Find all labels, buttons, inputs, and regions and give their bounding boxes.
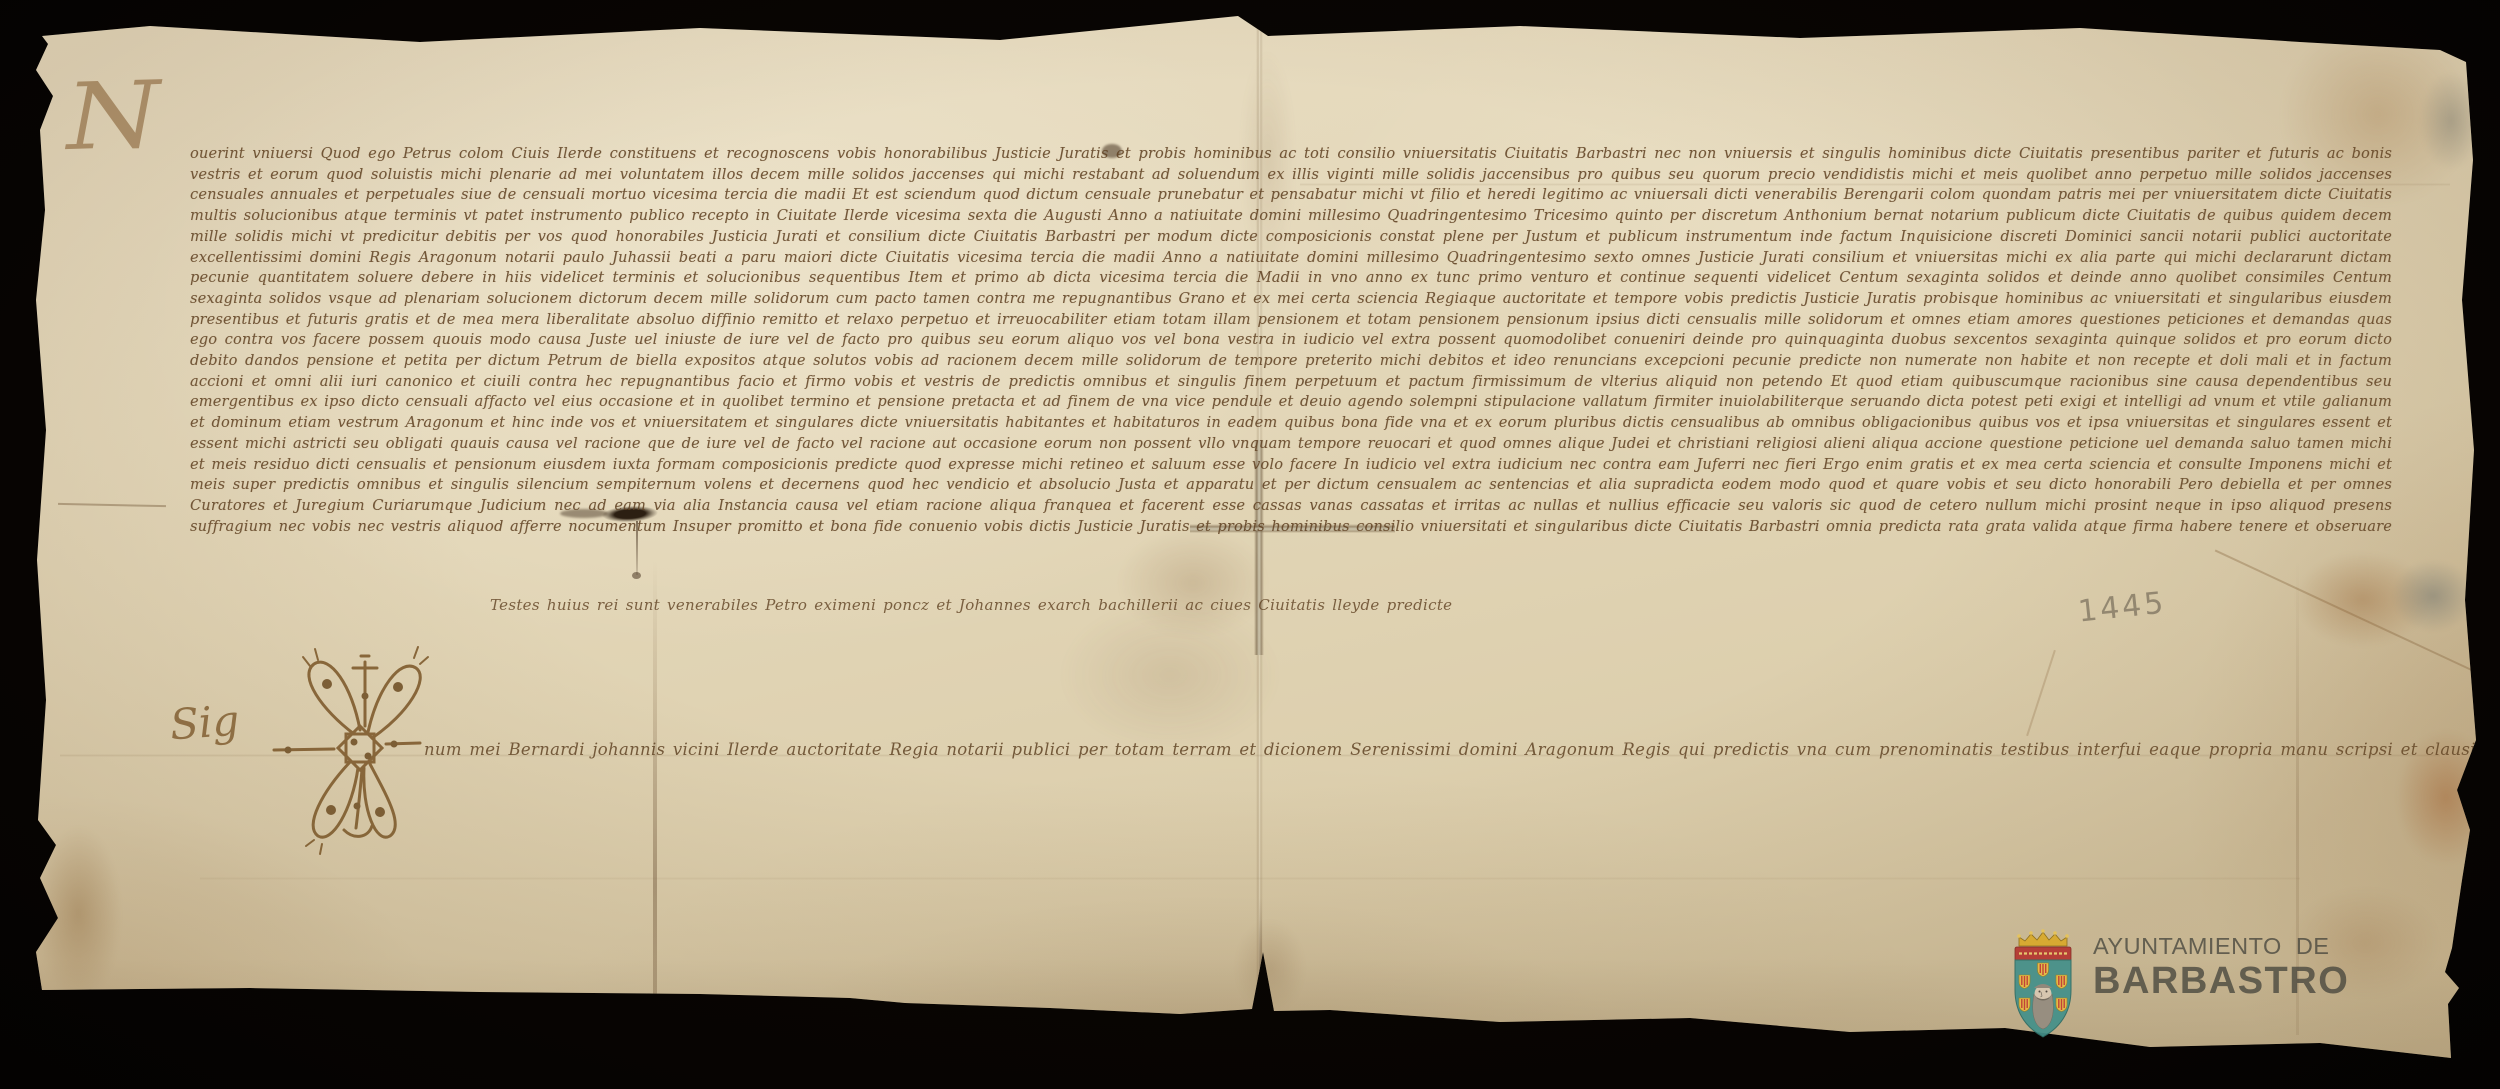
signum-sig-label: Sig [168, 696, 240, 750]
parchment-document: N ouerint vniuersi Quod ego Petrus colom… [0, 0, 2500, 1089]
signum-lashes-dl [306, 840, 322, 854]
signum-petal-lower-right [364, 764, 396, 837]
watermark-line2: BARBASTRO [2093, 960, 2349, 1004]
bearded-face-emblem [2033, 984, 2054, 1029]
watermark-logo: AYUNTAMIENTO DE BARBASTRO [2002, 928, 2349, 1040]
left-margin-mark [58, 503, 166, 507]
stain-right-edge [2295, 552, 2430, 647]
decorated-initial: N [64, 69, 163, 164]
diagonal-scratch [2215, 550, 2479, 674]
manuscript-body-text: ouerint vniuersi Quod ego Petrus colom C… [190, 144, 2392, 539]
witness-line-text: Testes huius rei sunt venerabiles Petro … [490, 596, 1452, 614]
signum-lashes-ur [414, 647, 428, 664]
stain-right-edge-gray [2392, 560, 2474, 632]
watermark-line1: AYUNTAMIENTO DE [2093, 934, 2349, 960]
photo-backdrop: N ouerint vniuersi Quod ego Petrus colom… [0, 0, 2500, 1089]
stain-center-soft [1060, 600, 1280, 750]
stain-left-edge [36, 826, 121, 1001]
left-quarter-fold-crease [653, 560, 657, 995]
watermark-text-block: AYUNTAMIENTO DE BARBASTRO [2093, 934, 2349, 1004]
archival-number-pencil: 1445 [2076, 585, 2168, 629]
stain-top-right-gray [2420, 72, 2482, 170]
stain-fold-bottom [1235, 920, 1305, 1015]
signum-foot [344, 826, 372, 836]
ink-blot-pool [632, 572, 641, 579]
signum-left-line [274, 749, 334, 750]
signum-petal-lower-left [313, 762, 358, 837]
horizontal-crease-bottom [200, 877, 2300, 880]
notary-subscription-text: num mei Bernardi johannis vicini Ilerde … [424, 740, 2497, 759]
barbastro-coat-of-arms-icon [2002, 928, 2084, 1040]
diagonal-scratch-small [2026, 650, 2056, 736]
signum-petal-upper-right [368, 666, 420, 738]
bottom-fold-crack [1259, 898, 1262, 1006]
signum-petal-upper-left [309, 662, 360, 734]
stain-center [1118, 528, 1268, 638]
